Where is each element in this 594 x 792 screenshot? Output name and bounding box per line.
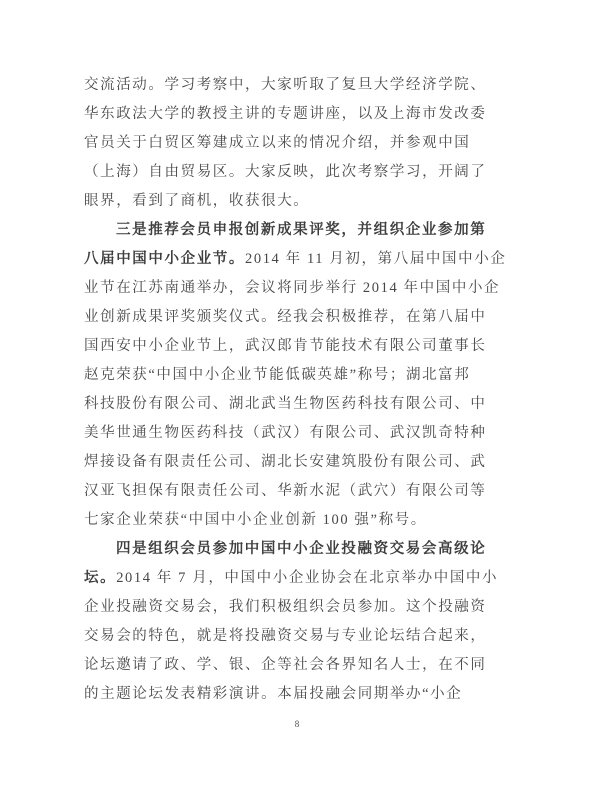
text-line: 焊接设备有限责任公司、湖北长安建筑股份有限公司、武 bbox=[84, 448, 514, 477]
text-run: 美华世通生物医药科技（武汉）有限公司、武汉凯奇特种 bbox=[84, 425, 487, 441]
text-run: 焊接设备有限责任公司、湖北长安建筑股份有限公司、武 bbox=[84, 454, 487, 470]
bold-text-run: 八届中国中小企业节。 bbox=[84, 251, 245, 267]
text-line: 华东政法大学的教授主讲的专题讲座，以及上海市发改委 bbox=[84, 100, 514, 129]
text-line: 汉亚飞担保有限责任公司、华新水泥（武穴）有限公司等 bbox=[84, 477, 514, 506]
text-line: 八届中国中小企业节。2014 年 11 月初，第八届中国中小企 bbox=[84, 245, 514, 274]
text-run: （上海）自由贸易区。大家反映，此次考察学习，开阔了 bbox=[84, 164, 487, 180]
text-run: 交流活动。学习考察中，大家听取了复旦大学经济学院、 bbox=[84, 77, 487, 93]
text-line: 科技股份有限公司、湖北武当生物医药科技有限公司、中 bbox=[84, 390, 514, 419]
text-run: 2014 年 7 月，中国中小企业协会在北京举办中国中小 bbox=[116, 570, 498, 586]
text-run: 国西安中小企业节上，武汉郎肯节能技术有限公司董事长 bbox=[84, 338, 487, 354]
text-line: （上海）自由贸易区。大家反映，此次考察学习，开阔了 bbox=[84, 158, 514, 187]
text-run: 汉亚飞担保有限责任公司、华新水泥（武穴）有限公司等 bbox=[84, 483, 487, 499]
text-line: 赵克荣获“中国中小企业节能低碳英雄”称号；湖北富邦 bbox=[84, 361, 514, 390]
bold-text-run: 四是组织会员参加中国中小企业投融资交易会高级论 bbox=[116, 541, 486, 557]
body-text: 交流活动。学习考察中，大家听取了复旦大学经济学院、华东政法大学的教授主讲的专题讲… bbox=[84, 71, 514, 709]
text-line: 国西安中小企业节上，武汉郎肯节能技术有限公司董事长 bbox=[84, 332, 514, 361]
text-run: 企业投融资交易会，我们积极组织会员参加。这个投融资 bbox=[84, 599, 487, 615]
text-run: 业创新成果评奖颁奖仪式。经我会积极推荐，在第八届中 bbox=[84, 309, 487, 325]
text-line: 业节在江苏南通举办，会议将同步举行 2014 年中国中小企 bbox=[84, 274, 514, 303]
text-run: 眼界，看到了商机，收获很大。 bbox=[84, 193, 309, 209]
text-line: 四是组织会员参加中国中小企业投融资交易会高级论 bbox=[84, 535, 514, 564]
text-run: 交易会的特色，就是将投融资交易与专业论坛结合起来， bbox=[84, 628, 487, 644]
text-line: 官员关于白贸区筹建成立以来的情况介绍，并参观中国 bbox=[84, 129, 514, 158]
text-run: 2014 年 11 月初，第八届中国中小企 bbox=[245, 251, 506, 267]
text-line: 的主题论坛发表精彩演讲。本届投融会同期举办“小企 bbox=[84, 680, 514, 709]
paragraph-three-innovation-awards: 三是推荐会员申报创新成果评奖，并组织企业参加第八届中国中小企业节。2014 年 … bbox=[84, 216, 514, 535]
text-line: 七家企业荣获“中国中小企业创新 100 强”称号。 bbox=[84, 506, 514, 535]
text-run: 七家企业荣获“中国中小企业创新 100 强”称号。 bbox=[84, 512, 427, 528]
text-run: 业节在江苏南通举办，会议将同步举行 2014 年中国中小企 bbox=[84, 280, 500, 296]
text-run: 科技股份有限公司、湖北武当生物医药科技有限公司、中 bbox=[84, 396, 487, 412]
text-line: 交流活动。学习考察中，大家听取了复旦大学经济学院、 bbox=[84, 71, 514, 100]
text-run: 华东政法大学的教授主讲的专题讲座，以及上海市发改委 bbox=[84, 106, 487, 122]
bold-text-run: 三是推荐会员申报创新成果评奖，并组织企业参加第 bbox=[116, 222, 486, 238]
text-run: 官员关于白贸区筹建成立以来的情况介绍，并参观中国 bbox=[84, 135, 470, 151]
text-line: 交易会的特色，就是将投融资交易与专业论坛结合起来， bbox=[84, 622, 514, 651]
document-page: 交流活动。学习考察中，大家听取了复旦大学经济学院、华东政法大学的教授主讲的专题讲… bbox=[0, 0, 594, 792]
text-line: 眼界，看到了商机，收获很大。 bbox=[84, 187, 514, 216]
text-line: 论坛邀请了政、学、银、企等社会各界知名人士，在不同 bbox=[84, 651, 514, 680]
page-number: 8 bbox=[0, 719, 594, 729]
text-line: 美华世通生物医药科技（武汉）有限公司、武汉凯奇特种 bbox=[84, 419, 514, 448]
bold-text-run: 坛。 bbox=[84, 570, 116, 586]
paragraph-study-tour-continuation: 交流活动。学习考察中，大家听取了复旦大学经济学院、华东政法大学的教授主讲的专题讲… bbox=[84, 71, 514, 216]
text-line: 业创新成果评奖颁奖仪式。经我会积极推荐，在第八届中 bbox=[84, 303, 514, 332]
text-line: 坛。2014 年 7 月，中国中小企业协会在北京举办中国中小 bbox=[84, 564, 514, 593]
text-run: 论坛邀请了政、学、银、企等社会各界知名人士，在不同 bbox=[84, 657, 487, 673]
text-line: 三是推荐会员申报创新成果评奖，并组织企业参加第 bbox=[84, 216, 514, 245]
text-run: 的主题论坛发表精彩演讲。本届投融会同期举办“小企 bbox=[84, 686, 462, 702]
text-run: 赵克荣获“中国中小企业节能低碳英雄”称号；湖北富邦 bbox=[84, 367, 470, 383]
paragraph-four-financing-forum: 四是组织会员参加中国中小企业投融资交易会高级论坛。2014 年 7 月，中国中小… bbox=[84, 535, 514, 709]
text-line: 企业投融资交易会，我们积极组织会员参加。这个投融资 bbox=[84, 593, 514, 622]
